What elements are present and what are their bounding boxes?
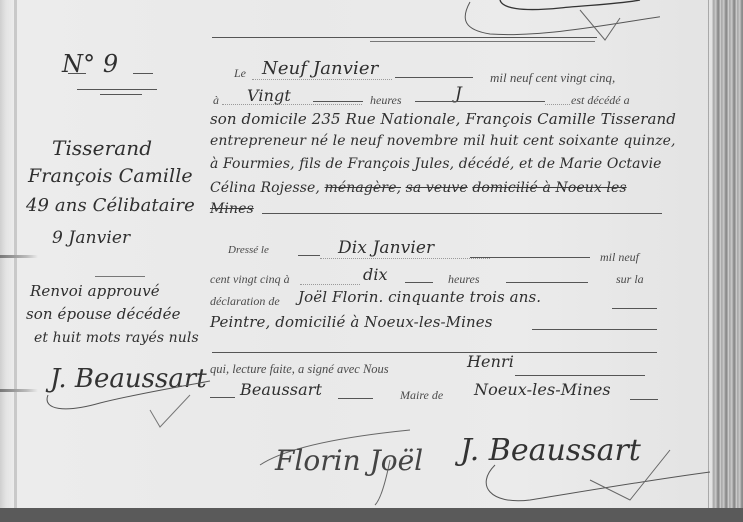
fill-rule [212, 352, 657, 353]
scan-bottom-border [0, 508, 743, 522]
svg-text:J. Beaussart: J. Beaussart [454, 433, 642, 468]
commune: Noeux-les-Mines [474, 380, 611, 399]
label-heures-2: heures [448, 272, 480, 287]
number-dash [133, 73, 153, 74]
struck-occupation: ménagère, [325, 180, 402, 196]
binding-stitch [0, 389, 38, 392]
printed-qui-lecture: qui, lecture faite, a signé avec Nous [210, 362, 389, 377]
death-hour: Vingt [247, 86, 291, 105]
margin-rule [95, 276, 145, 277]
printed-year: mil neuf cent vingt cinq, [490, 70, 615, 86]
declarant: Joël Florin. cinquante trois ans. [298, 288, 541, 306]
svg-text:Florin Joël: Florin Joël [274, 444, 423, 477]
fill-rule [415, 101, 545, 102]
entry-separator [212, 37, 597, 38]
fill-rule [515, 375, 645, 376]
label-le: Le [234, 66, 246, 81]
death-day-month: Neuf Janvier [262, 58, 378, 79]
struck-widow: sa veuve [406, 180, 468, 196]
margin-surname: Tisserand [52, 136, 152, 160]
fill-rule [506, 282, 588, 283]
number-underline [77, 89, 157, 90]
margin-note-line-1: Renvoi approuvé [30, 282, 160, 300]
fill-rule [395, 77, 473, 78]
declarant-line-2: Peintre, domicilié à Noeux-les-Mines [210, 313, 493, 331]
field-line [320, 258, 490, 259]
label-dresse-le: Dressé le [228, 244, 269, 256]
bottom-signatures: Florin Joël J. Beaussart [250, 410, 720, 510]
printed-est-decede: est décédé a [571, 93, 630, 108]
label-a: à [213, 93, 219, 108]
margin-note-line-3: et huit mots rayés nuls [34, 330, 199, 346]
printed-sur-la: sur la [616, 272, 644, 287]
fill-rule [405, 282, 433, 283]
fill-rule [262, 213, 662, 214]
binding-gutter [14, 0, 17, 508]
field-line [300, 284, 360, 285]
mayor-last-name: Beaussart [240, 380, 322, 399]
number-underline [100, 94, 142, 95]
printed-mil-neuf: mil neuf [600, 250, 639, 265]
fill-rule [612, 308, 657, 309]
label-declaration: déclaration de [210, 294, 280, 309]
death-line-3: son domicile 235 Rue Nationale, François… [210, 110, 676, 128]
field-line [222, 104, 362, 105]
fill-rule [532, 329, 657, 330]
fill-rule [313, 101, 363, 102]
drawn-hour: dix [363, 265, 388, 284]
margin-signature: J. Beaussart [40, 355, 215, 430]
mayor-first-name: Henri [467, 352, 514, 371]
svg-text:J. Beaussart: J. Beaussart [45, 364, 207, 394]
margin-note-line-2: son épouse décédée [26, 305, 181, 323]
register-page: N° 9 Tisserand François Camille 49 ans C… [0, 0, 743, 508]
margin-date: 9 Janvier [52, 228, 130, 248]
fill-rule [210, 397, 235, 398]
fill-rule [630, 399, 658, 400]
field-line [545, 104, 570, 105]
number-dash [68, 73, 86, 74]
fill-rule [298, 255, 320, 256]
printed-maire-de: Maire de [400, 388, 443, 403]
margin-given-names: François Camille [28, 165, 193, 187]
margin-age-status: 49 ans Célibataire [26, 195, 195, 216]
binding-stitch [0, 255, 38, 258]
death-line-7-struck: Mines [210, 201, 254, 217]
mother-name: Célina Rojesse, [210, 180, 320, 196]
entry-separator [370, 41, 595, 42]
field-line [252, 79, 392, 80]
printed-cent-vingt: cent vingt cinq à [210, 272, 290, 287]
struck-domicile: domicilié à Noeux les [472, 180, 626, 196]
death-line-6: Célina Rojesse, ménagère, sa veuve domic… [210, 180, 627, 196]
death-line-4: entrepreneur né le neuf novembre mil hui… [210, 133, 676, 149]
death-line-5: à Fourmies, fils de François Jules, décé… [210, 156, 662, 172]
fill-rule [470, 257, 590, 258]
fill-rule [338, 398, 373, 399]
drawn-day-month: Dix Janvier [338, 238, 434, 258]
label-heures: heures [370, 93, 402, 108]
previous-entry-signature [430, 0, 660, 45]
